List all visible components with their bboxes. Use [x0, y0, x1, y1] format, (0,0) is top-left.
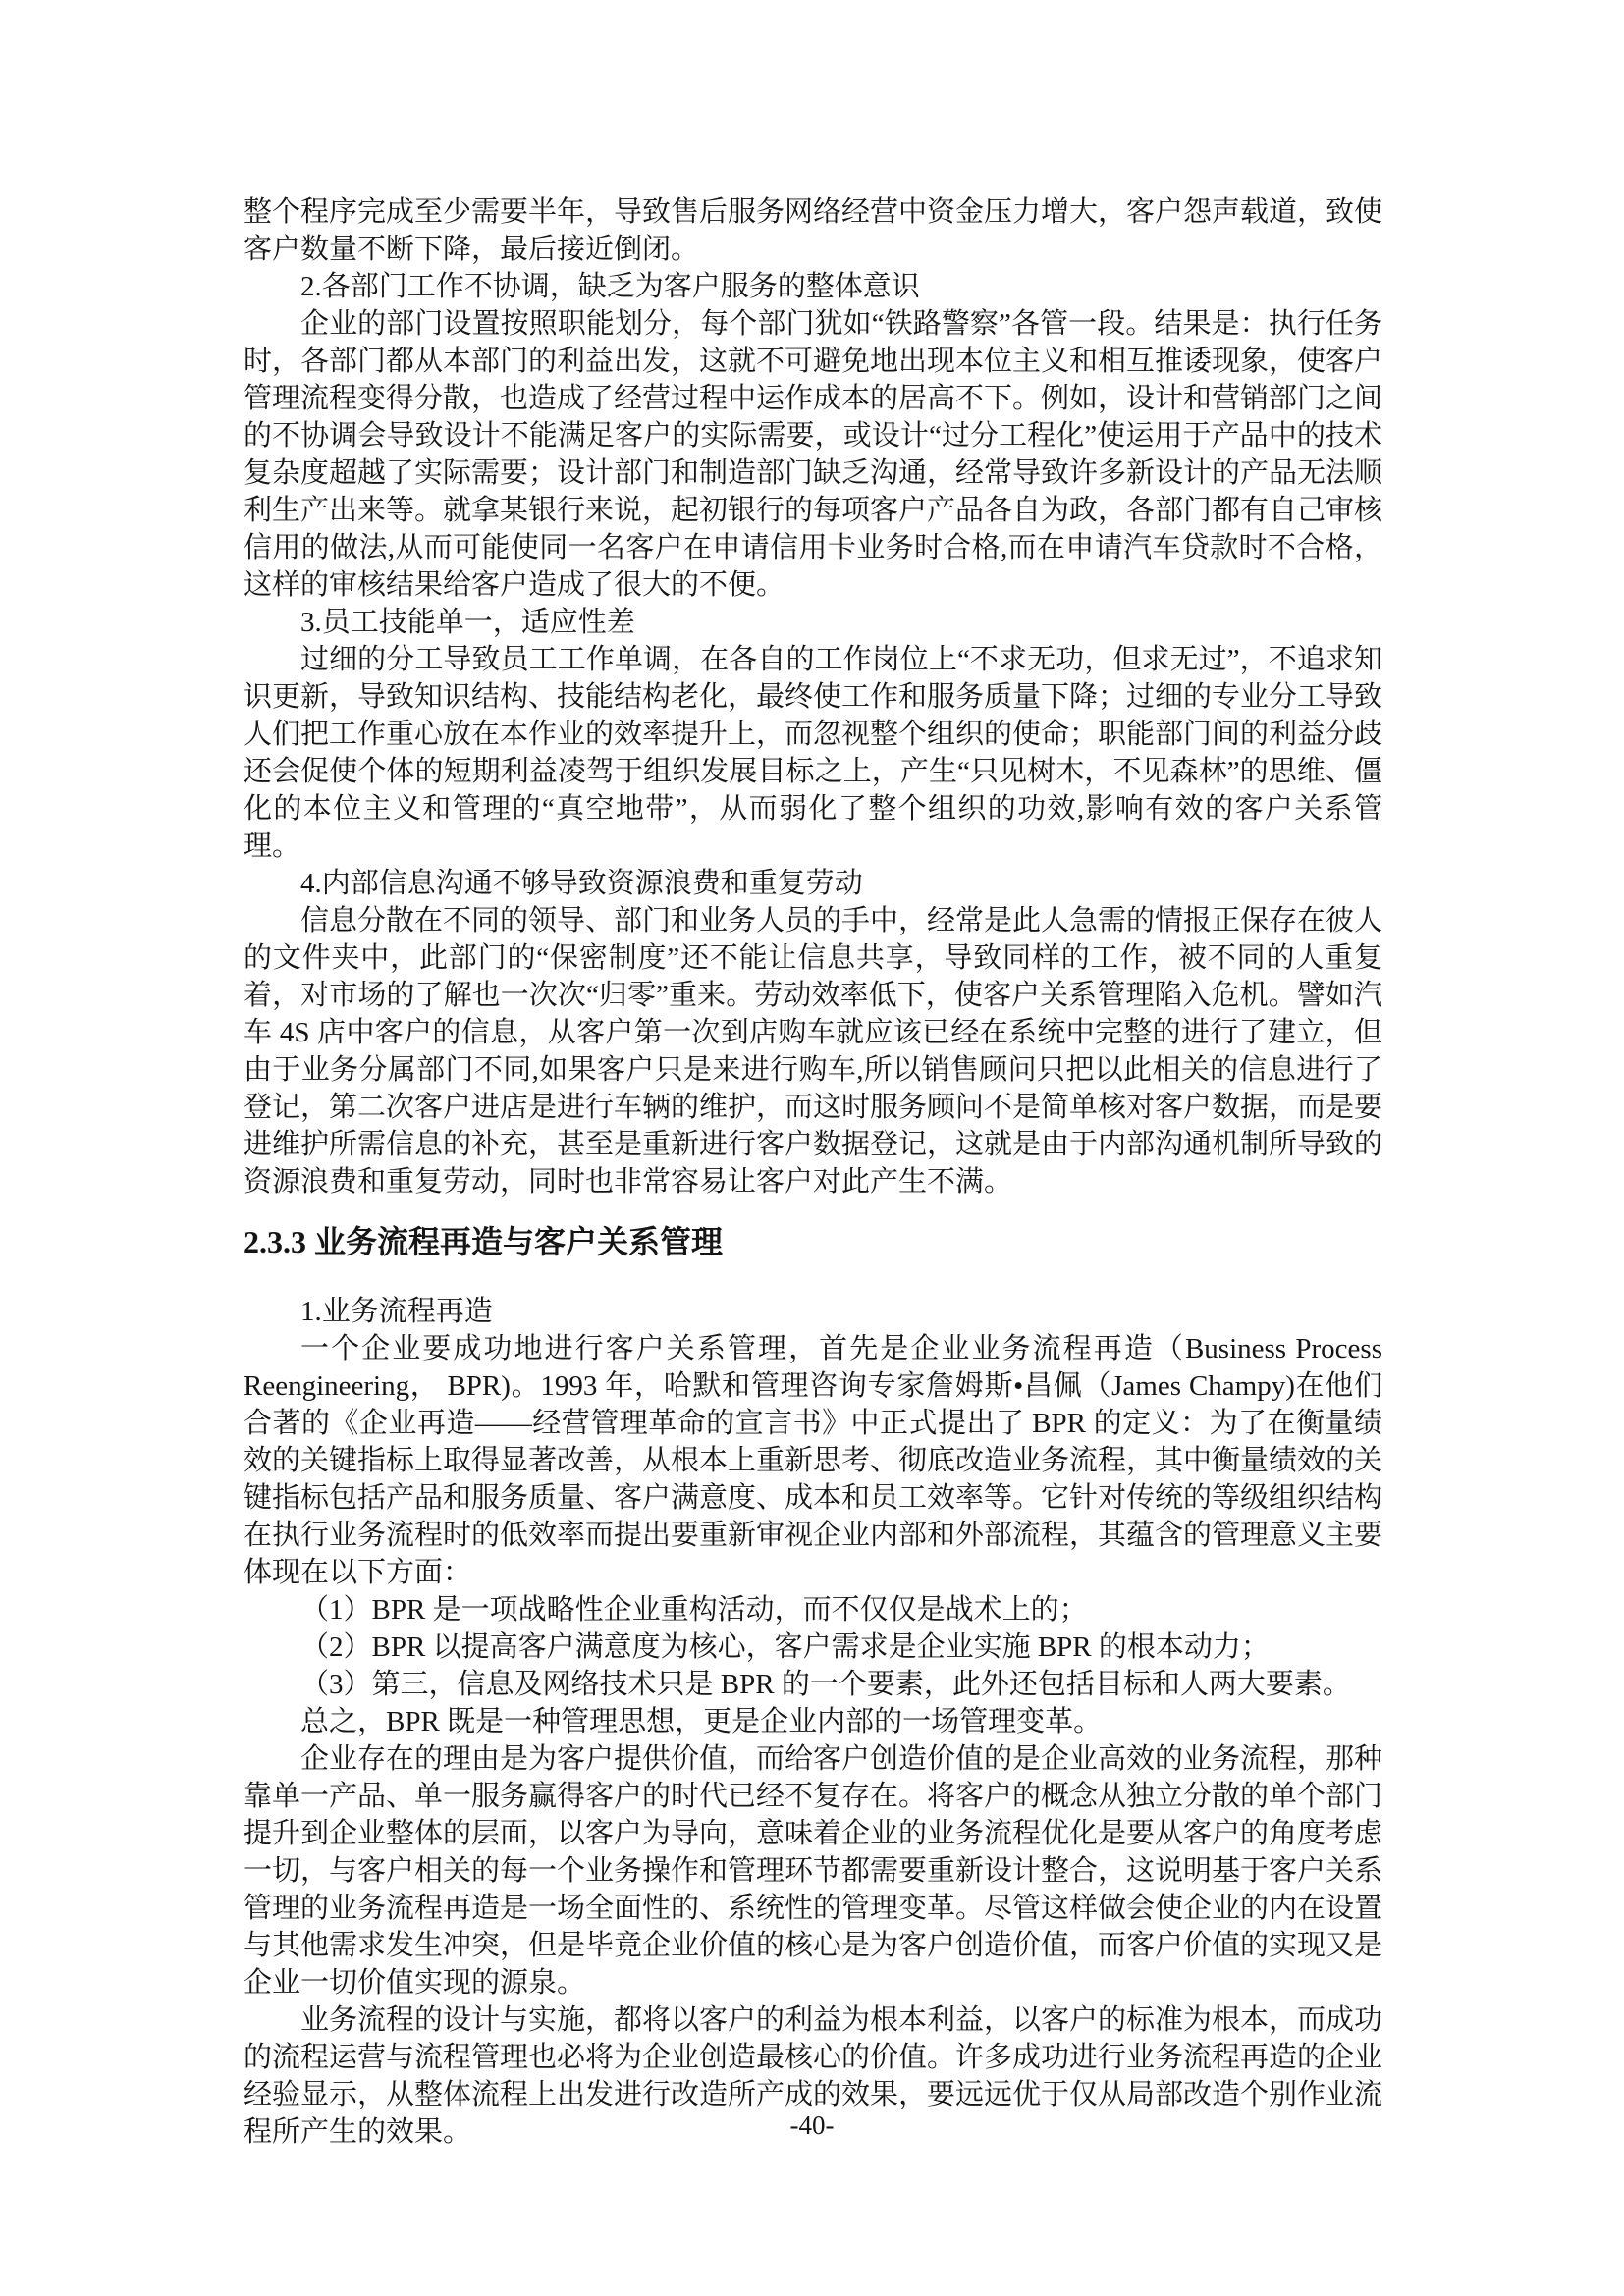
paragraph: 信息分散在不同的领导、部门和业务人员的手中，经常是此人急需的情报正保存在彼人的文…: [244, 902, 1382, 1201]
paragraph: 2.各部门工作不协调，缺乏为客户服务的整体意识: [244, 268, 1382, 305]
paragraph: 企业的部门设置按照职能划分，每个部门犹如“铁路警察”各管一段。结果是：执行任务时…: [244, 305, 1382, 604]
page-content: 整个程序完成至少需要半年，导致售后服务网络经营中资金压力增大，客户怨声载道，致使…: [244, 193, 1382, 2151]
paragraph: 总之，BPR 既是一种管理思想，更是企业内部的一场管理变革。: [244, 1703, 1382, 1740]
document-page: 整个程序完成至少需要半年，导致售后服务网络经营中资金压力增大，客户怨声载道，致使…: [0, 0, 1624, 2296]
paragraph: 一个企业要成功地进行客户关系管理，首先是企业业务流程再造（Business Pr…: [244, 1330, 1382, 1591]
paragraph: 1.业务流程再造: [244, 1293, 1382, 1330]
paragraph: 企业存在的理由是为客户提供价值，而给客户创造价值的是企业高效的业务流程，那种靠单…: [244, 1740, 1382, 2002]
paragraph: 过细的分工导致员工工作单调，在各自的工作岗位上“不求无功，但求无过”，不追求知识…: [244, 641, 1382, 865]
paragraph: 3.员工技能单一，适应性差: [244, 604, 1382, 641]
paragraph: （3）第三，信息及网络技术只是 BPR 的一个要素，此外还包括目标和人两大要素。: [244, 1666, 1382, 1703]
paragraph: 整个程序完成至少需要半年，导致售后服务网络经营中资金压力增大，客户怨声载道，致使…: [244, 193, 1382, 268]
page-number: -40-: [0, 2109, 1624, 2142]
paragraph: 4.内部信息沟通不够导致资源浪费和重复劳动: [244, 865, 1382, 902]
section-heading: 2.3.3 业务流程再造与客户关系管理: [244, 1220, 1382, 1263]
paragraph: （2）BPR 以提高客户满意度为核心，客户需求是企业实施 BPR 的根本动力；: [244, 1629, 1382, 1666]
paragraph: （1）BPR 是一项战略性企业重构活动，而不仅仅是战术上的；: [244, 1591, 1382, 1629]
